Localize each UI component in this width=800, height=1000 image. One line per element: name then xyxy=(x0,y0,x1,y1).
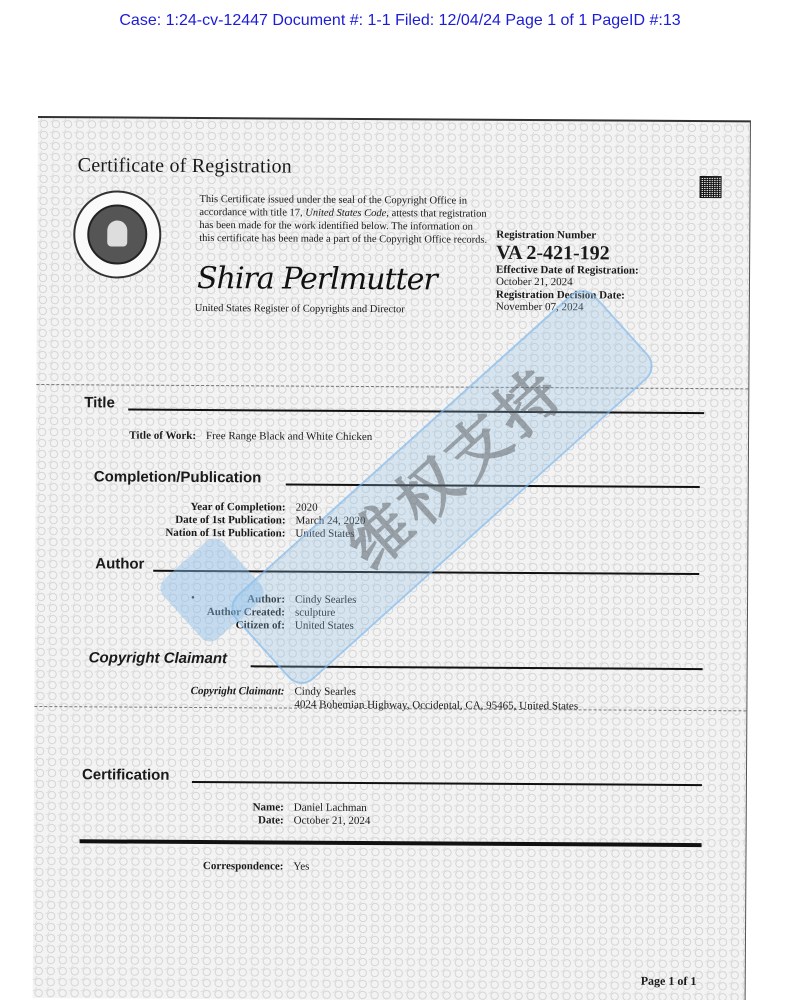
fold-line xyxy=(36,384,748,389)
registration-block: Registration Number VA 2-421-192 Effecti… xyxy=(496,229,639,314)
register-signature: Shira Perlmutter xyxy=(197,261,437,297)
field-correspondence: Correspondence: Yes xyxy=(143,860,309,875)
registration-number: VA 2-421-192 xyxy=(496,241,639,264)
section-rule xyxy=(251,665,703,670)
certificate-title: Certificate of Registration xyxy=(78,154,292,178)
intro-text: This Certificate issued under the seal o… xyxy=(199,193,489,247)
decision-date: November 07, 2024 xyxy=(496,301,639,314)
section-rule xyxy=(286,484,700,489)
copyright-seal-icon xyxy=(73,190,162,279)
registration-number-label: Registration Number xyxy=(496,229,639,242)
field-citizen-of: Citizen of: United States xyxy=(145,619,354,634)
section-title-heading: Title xyxy=(84,394,115,411)
eagle-icon xyxy=(107,220,127,246)
section-rule xyxy=(128,409,704,415)
section-rule xyxy=(192,781,702,786)
section-completion-heading: Completion/Publication xyxy=(94,468,262,486)
effective-date-label: Effective Date of Registration: xyxy=(496,263,639,276)
section-claimant-heading: Copyright Claimant xyxy=(89,649,227,667)
section-author-heading: Author xyxy=(95,555,144,572)
case-header: Case: 1:24-cv-12447 Document #: 1-1 File… xyxy=(0,12,800,30)
certificate-sheet: Certificate of Registration This Certifi… xyxy=(33,116,751,1000)
field-claimant-address: 4024 Bohemian Highway, Occidental, CA, 9… xyxy=(294,699,578,714)
section-rule xyxy=(153,570,699,575)
qr-code-icon xyxy=(700,176,722,198)
effective-date: October 21, 2024 xyxy=(496,276,639,289)
section-certification-heading: Certification xyxy=(82,766,170,784)
signatory-title: United States Register of Copyrights and… xyxy=(195,303,405,315)
page-number: Page 1 of 1 xyxy=(641,974,697,989)
field-copyright-claimant: Copyright Claimant: Cindy Searles xyxy=(144,685,356,700)
field-title-of-work: Title of Work: Free Range Black and Whit… xyxy=(56,429,372,444)
decision-date-label: Registration Decision Date: xyxy=(496,288,639,301)
field-nation-of-publication: Nation of 1st Publication: United States xyxy=(145,527,354,542)
section-rule-thick xyxy=(80,839,702,847)
field-certification-date: Date: October 21, 2024 xyxy=(144,814,371,829)
